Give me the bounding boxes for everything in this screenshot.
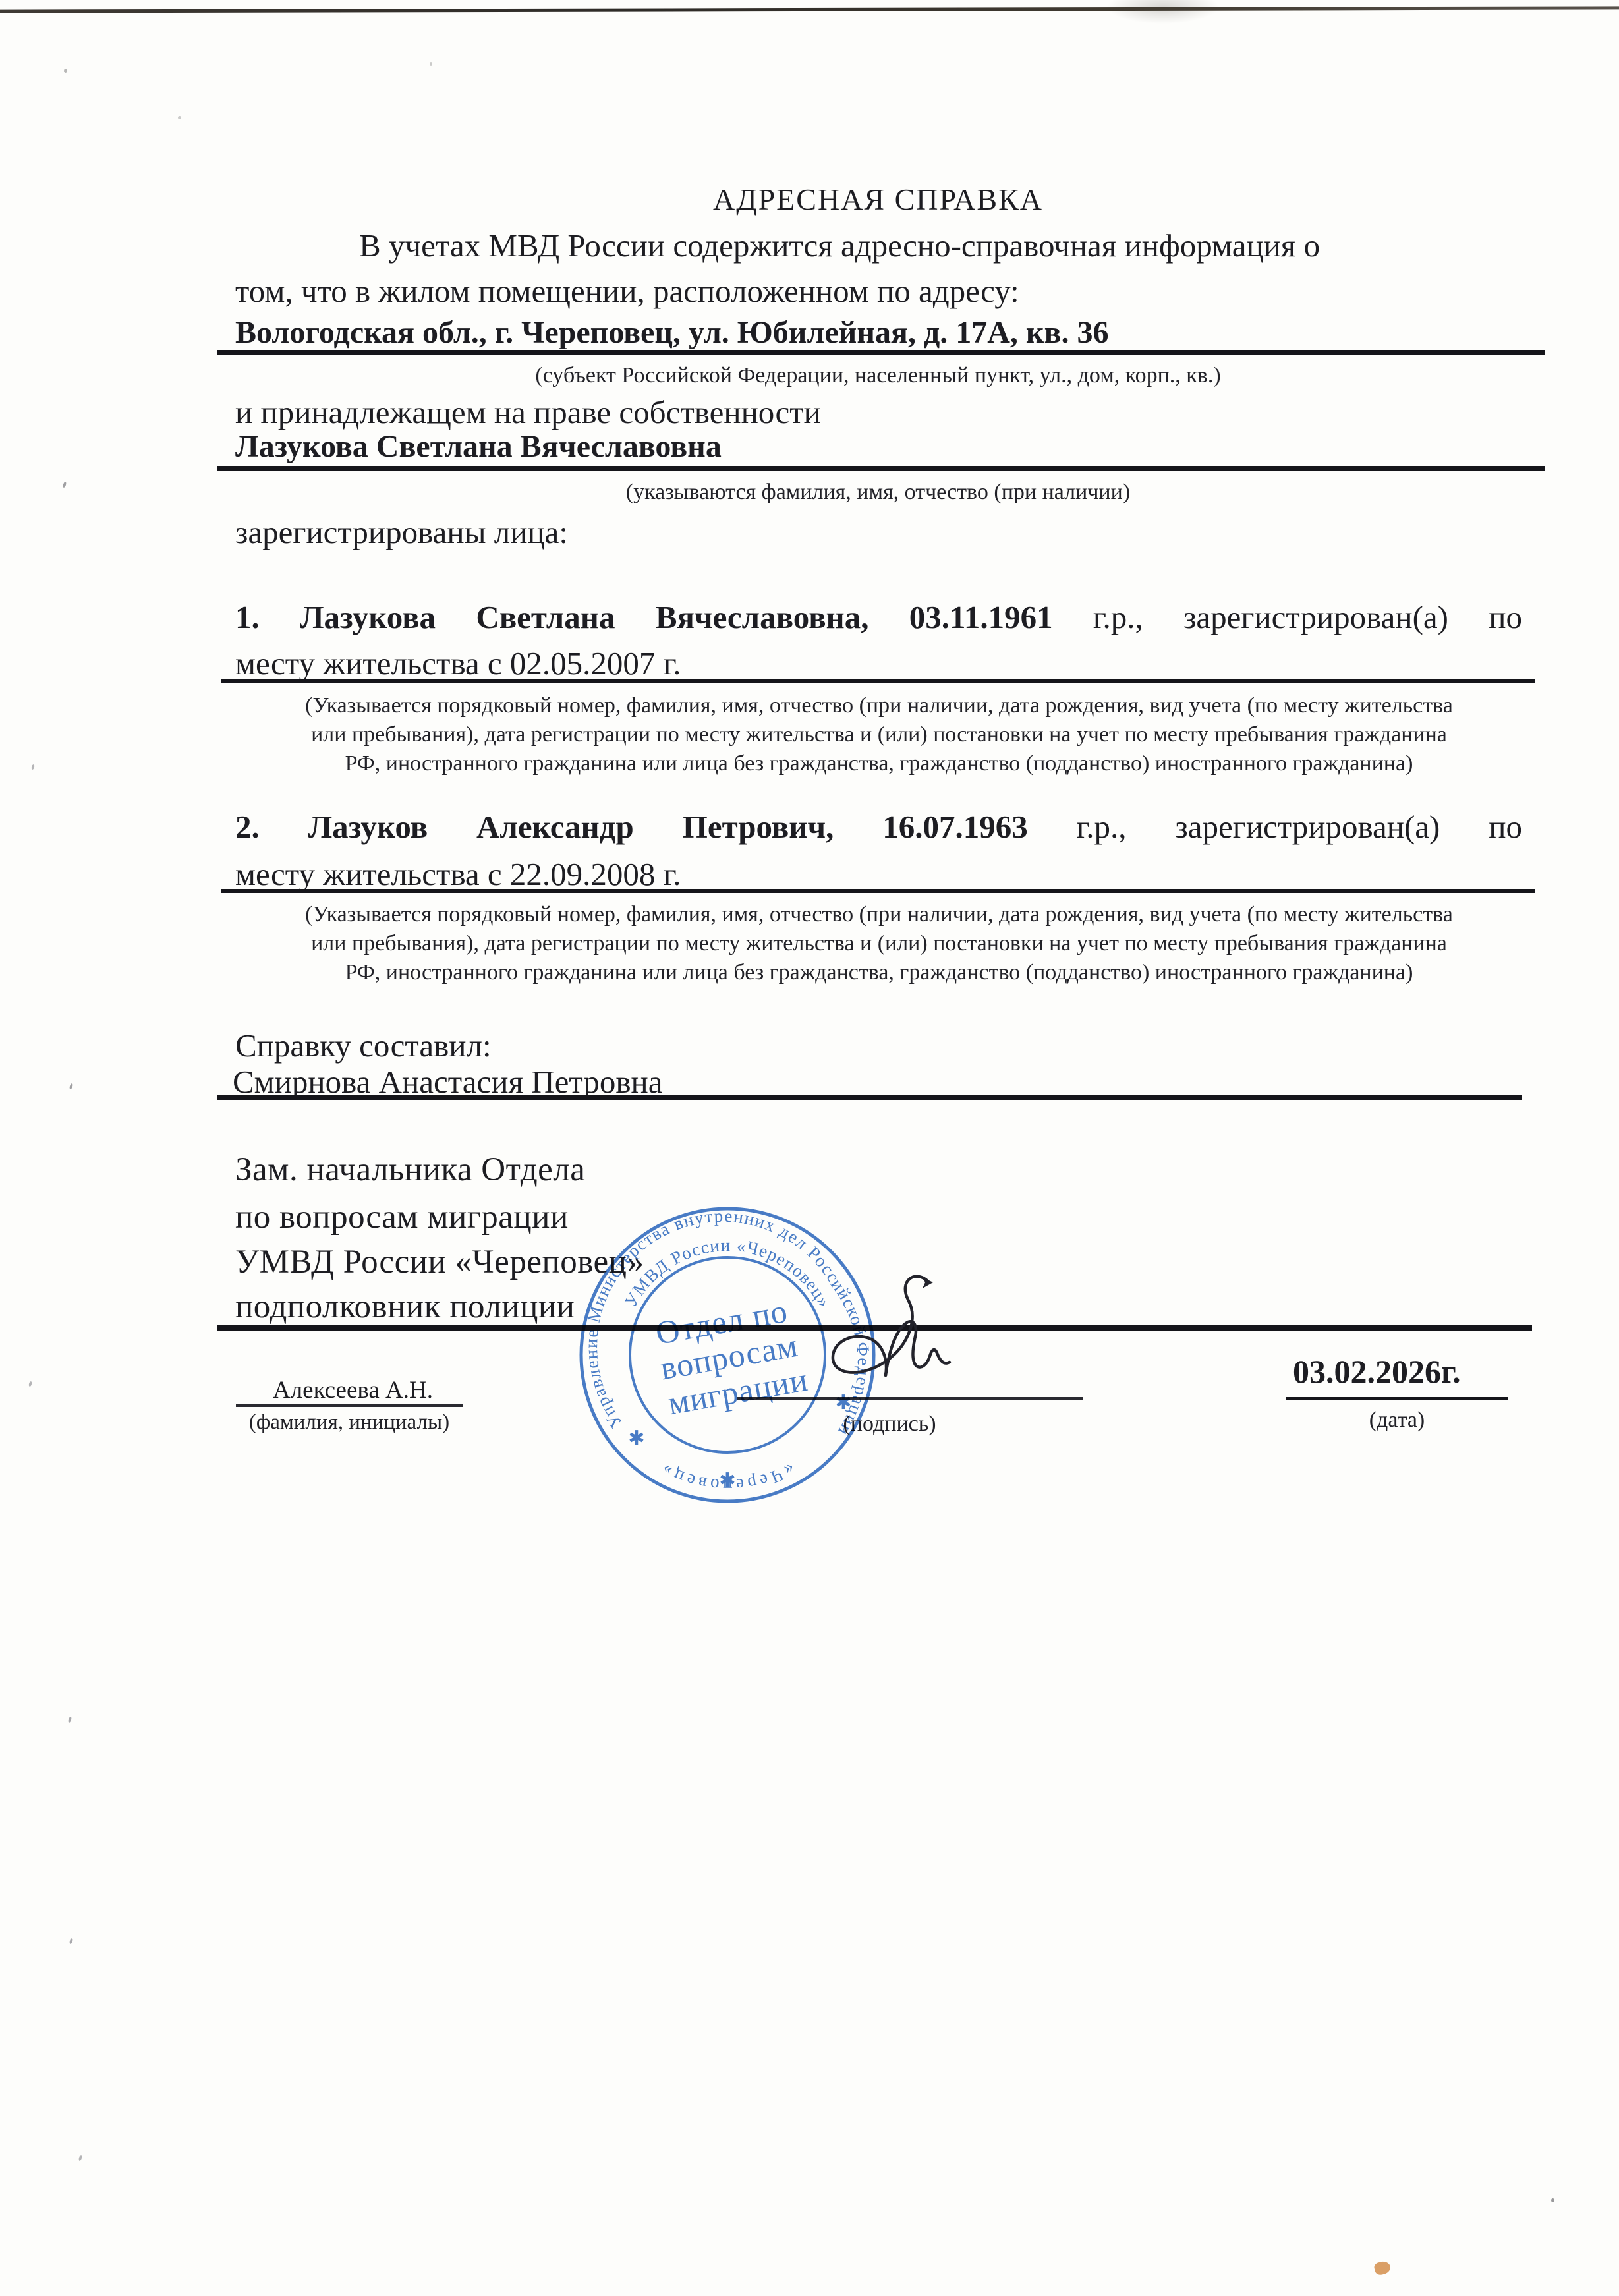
entry-1-underline	[221, 679, 1535, 683]
official-name-caption: (фамилия, инициалы)	[237, 1410, 461, 1435]
scan-speck	[31, 764, 35, 770]
handwritten-signature	[816, 1267, 994, 1405]
official-name: Алексеева А.Н.	[273, 1376, 433, 1404]
entry-1-name-dob: 1. Лазукова Светлана Вячеславовна, 03.11…	[235, 599, 1053, 635]
intro-line-1: В учетах МВД России содержится адресно-с…	[359, 227, 1320, 265]
scan-smudge	[1107, 0, 1219, 24]
address-value: Вологодская обл., г. Череповец, ул. Юбил…	[235, 314, 1108, 351]
official-title-line-4: подполковник полиции	[235, 1288, 575, 1326]
entry-2-line-1: 2. Лазуков Александр Петрович, 16.07.196…	[235, 808, 1522, 846]
entry-2-underline	[221, 889, 1535, 893]
entry-1-caption-line-1: (Указывается порядковый номер, фамилия, …	[234, 693, 1524, 718]
scanned-document-page: АДРЕСНАЯ СПРАВКА В учетах МВД России сод…	[0, 0, 1619, 2296]
document-title: АДРЕСНАЯ СПРАВКА	[234, 182, 1522, 217]
address-caption: (субъект Российской Федерации, населенны…	[234, 363, 1522, 388]
scan-speck	[28, 1381, 32, 1387]
scan-speck	[63, 482, 67, 488]
entry-2-line-2: месту жительства с 22.09.2008 г.	[235, 855, 681, 894]
entry-2-registration: г.р., зарегистрирован(а) по	[1028, 809, 1522, 845]
stamp-star-bottom: ✱	[719, 1470, 735, 1491]
entry-1-line-2: месту жительства с 02.05.2007 г.	[235, 645, 681, 683]
entry-2-caption-line-2: или пребывания), дата регистрации по мес…	[234, 931, 1524, 956]
entry-1-caption-line-2: или пребывания), дата регистрации по мес…	[234, 722, 1524, 747]
prepared-by-underline	[217, 1095, 1522, 1100]
scan-speck	[78, 2155, 83, 2162]
owner-caption: (указываются фамилия, имя, отчество (при…	[234, 480, 1522, 505]
entry-1-registration: г.р., зарегистрирован(а) по	[1053, 599, 1522, 635]
date-caption: (дата)	[1311, 1408, 1483, 1433]
official-title-line-2: по вопросам миграции	[235, 1198, 569, 1236]
intro-line-2: том, что в жилом помещении, расположенно…	[235, 272, 1019, 310]
scan-speck	[69, 1083, 74, 1090]
address-underline	[217, 350, 1545, 355]
entry-2-caption-line-3: РФ, иностранного гражданина или лица без…	[234, 960, 1524, 985]
scan-speck	[64, 69, 67, 73]
owner-name: Лазукова Светлана Вячеславовна	[235, 428, 722, 465]
scan-speck	[430, 62, 432, 66]
official-name-underline	[236, 1404, 463, 1407]
official-title-line-1: Зам. начальника Отдела	[235, 1151, 585, 1189]
scan-speck	[178, 116, 181, 119]
signature-arrow-tip	[923, 1277, 933, 1288]
owner-underline	[217, 466, 1545, 471]
scan-speck	[1551, 2198, 1554, 2202]
date-value: 03.02.2026г.	[1293, 1352, 1461, 1391]
entry-1-line-1: 1. Лазукова Светлана Вячеславовна, 03.11…	[235, 598, 1522, 636]
orange-ink-speck	[1373, 2260, 1392, 2276]
ownership-line: и принадлежащем на праве собственности	[235, 393, 821, 432]
date-underline	[1286, 1397, 1508, 1400]
scan-speck	[68, 1717, 72, 1723]
prepared-by-label: Справку составил:	[235, 1027, 492, 1065]
entry-1-caption-line-3: РФ, иностранного гражданина или лица без…	[234, 751, 1524, 776]
scan-speck	[69, 1938, 74, 1945]
scan-edge-line	[0, 6, 1619, 13]
registered-heading: зарегистрированы лица:	[235, 513, 568, 552]
stamp-star-left: ✱	[628, 1427, 644, 1449]
entry-2-caption-line-1: (Указывается порядковый номер, фамилия, …	[234, 902, 1524, 927]
entry-2-name-dob: 2. Лазуков Александр Петрович, 16.07.196…	[235, 809, 1028, 845]
